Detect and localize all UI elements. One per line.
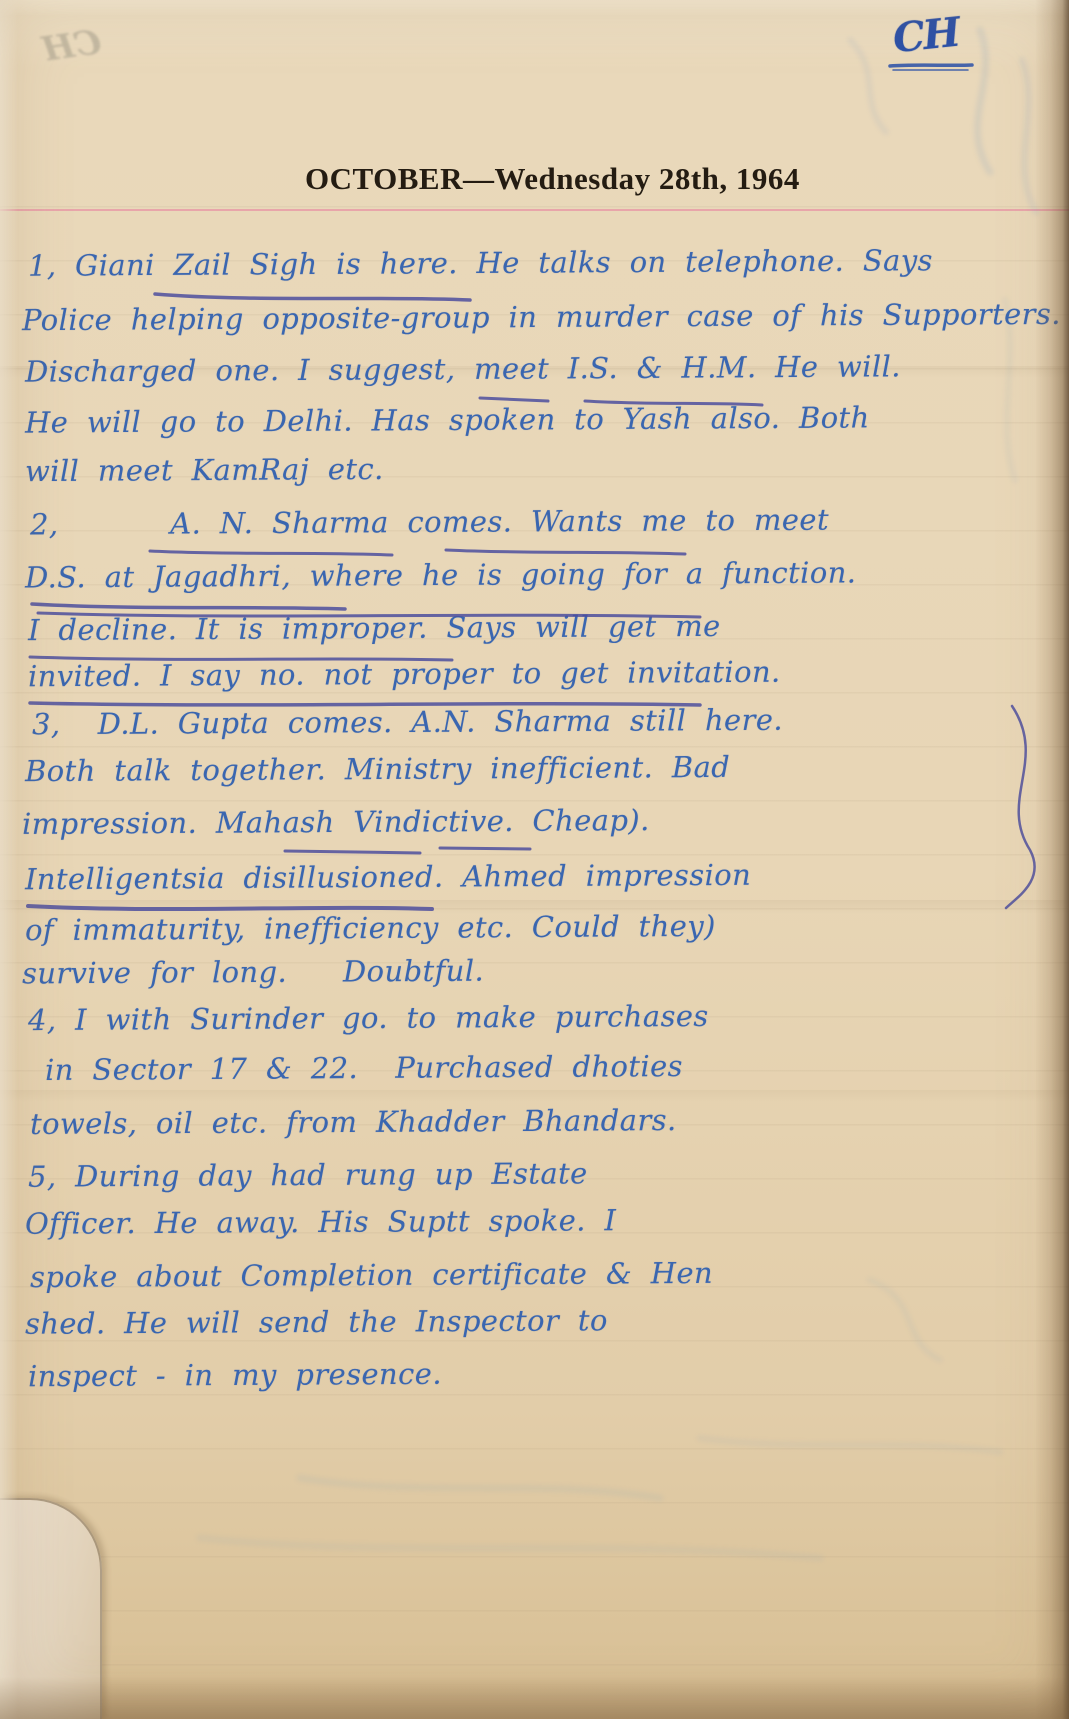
ink-monogram-initials: CH xyxy=(891,9,961,63)
handwritten-line: survive for long. Doubtful. xyxy=(22,954,484,991)
printed-date-header: OCTOBER—Wednesday 28th, 1964 xyxy=(305,161,800,197)
handwritten-line: 3, D.L. Gupta comes. A.N. Sharma still h… xyxy=(32,703,783,742)
page-edge-right xyxy=(1035,0,1069,1719)
handwritten-line: He will go to Delhi. Has spoken to Yash … xyxy=(25,400,870,439)
handwritten-line: inspect - in my presence. xyxy=(28,1357,442,1394)
monogram-underline xyxy=(890,65,972,66)
monogram-bleedthrough: CH xyxy=(40,22,104,70)
handwritten-line: will meet KamRaj etc. xyxy=(25,452,384,488)
pink-rule-line xyxy=(0,209,1069,211)
handwritten-line: spoke about Completion certificate & Hen xyxy=(30,1256,713,1294)
handwritten-line: impression. Mahash Vindictive. Cheap). xyxy=(22,803,650,841)
handwritten-line: Officer. He away. His Suptt spoke. I xyxy=(25,1203,617,1241)
scanned-diary-page: { "diary": { "header": { "date_title": "… xyxy=(0,0,1069,1719)
paper-crease xyxy=(0,1090,1069,1102)
page-edge-bottom xyxy=(0,1677,1069,1719)
handwritten-line: Intelligentsia disillusioned. Ahmed impr… xyxy=(25,858,751,896)
handwritten-line: of immaturity, inefficiency etc. Could t… xyxy=(25,909,716,947)
handwritten-line: I decline. It is improper. Says will get… xyxy=(28,609,721,647)
handwritten-line: 1, Giani Zail Sigh is here. He talks on … xyxy=(28,243,933,283)
handwritten-line: Discharged one. I suggest, meet I.S. & H… xyxy=(25,349,901,388)
handwritten-line: 5, During day had rung up Estate xyxy=(28,1156,588,1193)
page-edge-top xyxy=(0,0,1069,16)
handwritten-line: in Sector 17 & 22. Purchased dhoties xyxy=(45,1049,683,1087)
handwritten-line: Police helping opposite-group in murder … xyxy=(22,297,1061,337)
handwritten-line: shed. He will send the Inspector to xyxy=(25,1303,608,1341)
handwritten-line: towels, oil etc. from Khadder Bhandars. xyxy=(30,1103,677,1141)
handwritten-line: invited. I say no. not proper to get inv… xyxy=(28,655,781,694)
page-edge-left xyxy=(0,0,18,1719)
diary-page: CH OCTOBER—Wednesday 28th, 1964 CH 1, Gi… xyxy=(0,0,1069,1719)
handwritten-line: 4, I with Surinder go. to make purchases xyxy=(28,999,709,1037)
handwritten-line: 2, A. N. Sharma comes. Wants me to meet xyxy=(30,503,829,542)
handwritten-line: Both talk together. Ministry inefficient… xyxy=(25,750,730,788)
handwritten-line: D.S. at Jagadhri, where he is going for … xyxy=(25,555,857,594)
